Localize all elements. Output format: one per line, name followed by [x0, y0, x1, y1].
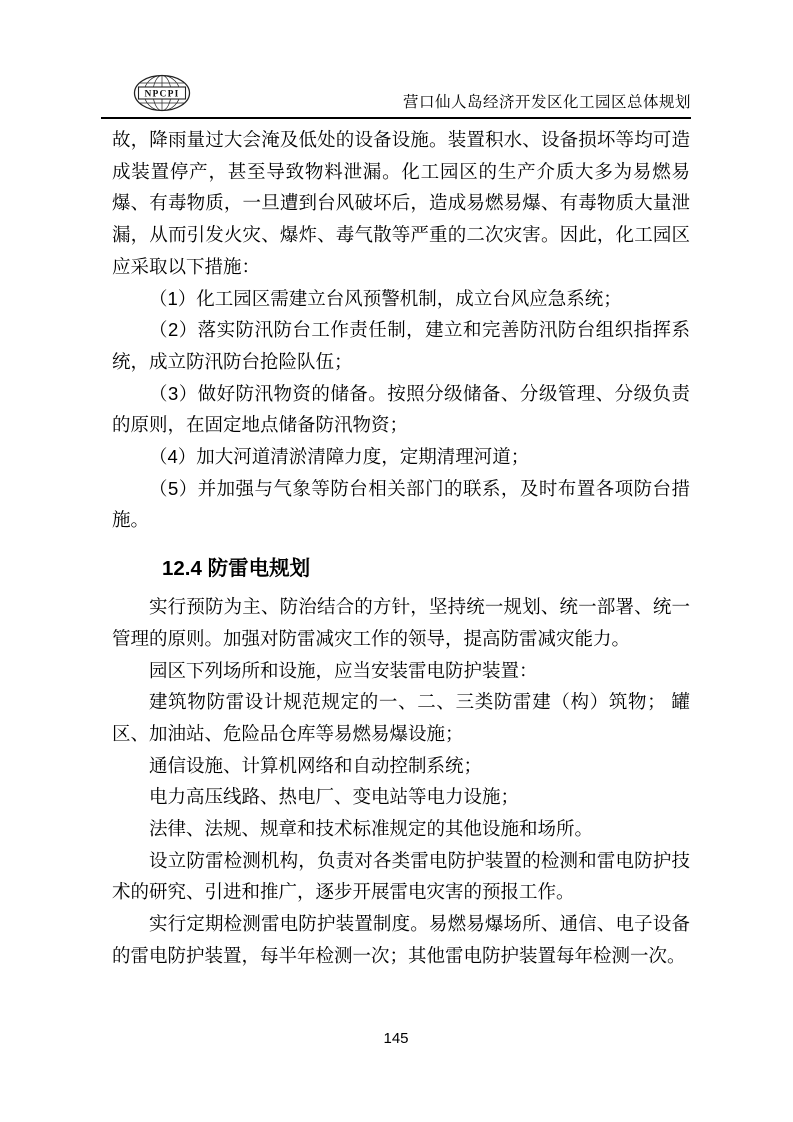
- npcpi-logo: NPCPI: [133, 74, 191, 117]
- paragraph: 法律、法规、规章和技术标准规定的其他设施和场所。: [112, 813, 690, 845]
- header-title: 营口仙人岛经济开发区化工园区总体规划: [403, 90, 691, 112]
- paragraph: 设立防雷检测机构，负责对各类雷电防护装置的检测和雷电防护技术的研究、引进和推广，…: [112, 845, 690, 908]
- paragraph: （1）化工园区需建立台风预警机制，成立台风应急系统；: [112, 283, 690, 315]
- paragraph: 园区下列场所和设施，应当安装雷电防护装置：: [112, 655, 690, 687]
- paragraph: （4）加大河道清淤清障力度，定期清理河道；: [112, 441, 690, 473]
- section-heading: 12.4 防雷电规划: [112, 552, 690, 585]
- logo-text: NPCPI: [144, 90, 179, 100]
- paragraph: 电力高压线路、热电厂、变电站等电力设施；: [112, 781, 690, 813]
- paragraph: 实行预防为主、防治结合的方针，坚持统一规划、统一部署、统一管理的原则。加强对防雷…: [112, 591, 690, 654]
- document-page: NPCPI 营口仙人岛经济开发区化工园区总体规划 故，降雨量过大会淹及低处的设备…: [0, 0, 793, 1122]
- page-number: 145: [383, 1030, 408, 1047]
- paragraph: 故，降雨量过大会淹及低处的设备设施。装置积水、设备损坏等均可造成装置停产，甚至导…: [112, 124, 690, 283]
- document-body: 故，降雨量过大会淹及低处的设备设施。装置积水、设备损坏等均可造成装置停产，甚至导…: [112, 124, 690, 972]
- paragraph: （3）做好防汛物资的储备。按照分级储备、分级管理、分级负责的原则，在固定地点储备…: [112, 378, 690, 441]
- paragraph: （5）并加强与气象等防台相关部门的联系，及时布置各项防台措施。: [112, 473, 690, 536]
- page-footer: 145: [101, 1030, 691, 1047]
- header-rule: [101, 117, 691, 119]
- paragraph: （2）落实防汛防台工作责任制，建立和完善防汛防台组织指挥系统，成立防汛防台抢险队…: [112, 314, 690, 377]
- globe-logo-icon: NPCPI: [133, 74, 191, 112]
- paragraph: 通信设施、计算机网络和自动控制系统；: [112, 750, 690, 782]
- paragraph: 实行定期检测雷电防护装置制度。易燃易爆场所、通信、电子设备的雷电防护装置，每半年…: [112, 908, 690, 971]
- paragraph: 建筑物防雷设计规范规定的一、二、三类防雷建（构）筑物； 罐区、加油站、危险品仓库…: [112, 686, 690, 749]
